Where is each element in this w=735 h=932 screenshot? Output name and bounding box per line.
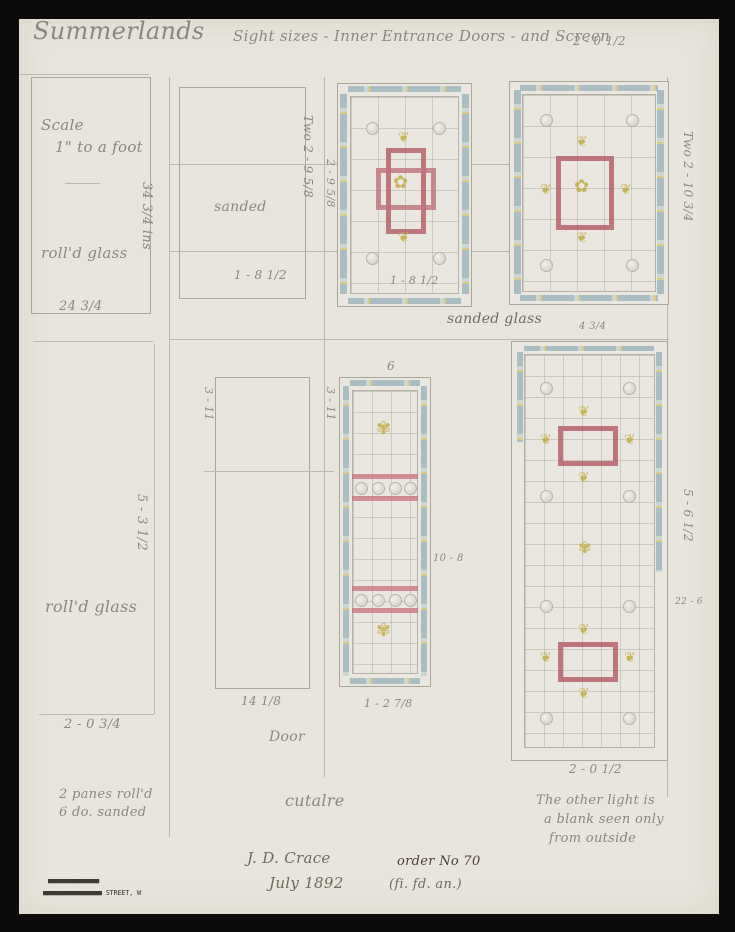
ornament: ❦ — [578, 470, 590, 486]
right-tall-width: 2 - 0 1/2 — [569, 762, 622, 776]
right-border — [657, 90, 664, 294]
ornament: ❦ — [624, 432, 636, 448]
top-border — [520, 85, 658, 91]
door-panel — [215, 377, 310, 689]
signature-mark: cutalre — [285, 791, 345, 810]
jewel — [626, 259, 639, 272]
ornament-center: ✿ — [393, 172, 408, 193]
jewel — [366, 122, 379, 135]
top-sanded-width: 1 - 8 1/2 — [234, 268, 287, 282]
bottom-border — [350, 678, 420, 684]
bottom-left-bottom-rule — [39, 714, 154, 715]
door-height: 3 - 11 — [202, 387, 215, 421]
left-border — [517, 352, 523, 442]
jewel — [366, 252, 379, 265]
ornament-top: ✾ — [376, 418, 391, 439]
top-sanded-label: sanded — [214, 199, 267, 215]
design-sheet: Summerlands Sight sizes - Inner Entrance… — [19, 19, 719, 914]
top-left-box — [31, 77, 151, 314]
jewel — [540, 114, 553, 127]
jewel — [404, 482, 417, 495]
sanded-glass-dim: 4 3/4 — [579, 321, 606, 332]
ornament: ❦ — [578, 622, 590, 638]
guide-v1 — [169, 77, 170, 837]
ornament: ❦ — [540, 432, 552, 448]
jewel — [355, 482, 368, 495]
subtitle: Sight sizes - Inner Entrance Doors - and… — [233, 27, 610, 45]
right-tall-total: 22 - 6 — [675, 597, 703, 607]
jewel — [372, 594, 385, 607]
other-light-note-1: The other light is — [536, 793, 655, 808]
ornament-center: ✿ — [574, 176, 589, 197]
band-bottom-2 — [352, 608, 418, 613]
order-code: (fi. fd. an.) — [389, 877, 462, 892]
ornament-left: ❦ — [540, 182, 552, 198]
other-light-note-2: a blank seen only — [544, 812, 664, 827]
ornament: ❦ — [578, 404, 590, 420]
panes-note-line1: 2 panes roll'd — [59, 787, 153, 802]
top-left-height: 34 3/4 ins — [139, 182, 154, 250]
top-right-width: 2 - 0 1/2 — [573, 34, 626, 48]
ornament-top: ❦ — [576, 134, 588, 150]
left-border — [343, 386, 349, 676]
jewel — [540, 382, 553, 395]
bottom-border — [348, 298, 461, 304]
ornament: ❦ — [624, 650, 636, 666]
top-right-side: Two 2 - 10 3/4 — [681, 131, 695, 222]
jewel — [540, 712, 553, 725]
band-top-1 — [352, 474, 418, 479]
door-label: Door — [269, 729, 305, 745]
right-border — [462, 94, 469, 294]
author-name: J. D. Crace — [247, 849, 331, 867]
top-border — [524, 346, 654, 351]
right-tall-light: ❦ ❦ ❦ ❦ ✾ ❦ ❦ ❦ ❦ — [511, 341, 668, 761]
jewel — [404, 594, 417, 607]
ornament-center: ✾ — [578, 538, 591, 557]
ornament: ❦ — [540, 650, 552, 666]
lower-frame — [558, 642, 618, 682]
center-tall-top-dim: 6 — [387, 359, 395, 373]
top-left-material: roll'd glass — [41, 244, 128, 262]
bottom-left-top-rule — [33, 341, 153, 342]
left-border — [340, 94, 347, 294]
jewel — [623, 490, 636, 503]
jewel — [389, 482, 402, 495]
ornament-bottom: ❦ — [576, 230, 588, 246]
ornament: ❦ — [578, 686, 590, 702]
maker-stamp-line2: ■■■■■■■■■■■■■■■ STREET, W — [43, 889, 141, 897]
order-number: order No 70 — [397, 854, 481, 869]
maker-stamp-line1: ■■■■■■■■■■■■■ — [48, 877, 99, 885]
top-center-height: 2 - 9 5/8 — [324, 159, 337, 208]
bottom-border — [520, 295, 658, 301]
panes-note-line2: 6 do. sanded — [59, 805, 146, 820]
top-sanded-side: Two 2 - 9 5/8 — [301, 115, 315, 198]
jewel — [623, 382, 636, 395]
jewel — [389, 594, 402, 607]
jewel — [623, 712, 636, 725]
title-rule — [19, 74, 149, 75]
jewel — [433, 252, 446, 265]
guide-h1 — [169, 339, 669, 340]
other-light-note-3: from outside — [549, 831, 636, 846]
ornament-top: ❦ — [398, 130, 410, 146]
scale-line1: Scale — [41, 116, 84, 134]
door-transom — [204, 471, 334, 472]
top-left-width: 24 3/4 — [59, 299, 102, 314]
jewel — [540, 259, 553, 272]
jewel — [433, 122, 446, 135]
left-border — [514, 90, 521, 294]
bottom-left-material: roll'd glass — [45, 597, 137, 616]
top-center-light: ✿ ❦ ❦ 1 - 8 1/2 — [337, 83, 472, 307]
door-width: 14 1/8 — [241, 694, 281, 708]
bottom-left-right-rule — [154, 344, 155, 714]
scale-bar — [65, 183, 100, 184]
jewel — [355, 594, 368, 607]
right-border — [421, 386, 427, 676]
center-tall-width: 1 - 2 7/8 — [364, 697, 413, 710]
right-border — [656, 352, 662, 572]
top-border — [348, 86, 461, 92]
jewel — [626, 114, 639, 127]
jewel — [540, 490, 553, 503]
ornament-bottom: ✾ — [376, 620, 391, 641]
title: Summerlands — [33, 17, 205, 45]
top-center-width: 1 - 8 1/2 — [390, 274, 439, 287]
jewel — [540, 600, 553, 613]
right-tall-height: 5 - 6 1/2 — [681, 489, 695, 542]
band-bottom-1 — [352, 586, 418, 591]
center-tall-height: 3 - 11 — [324, 387, 337, 421]
ornament-bottom: ❦ — [398, 230, 410, 246]
center-tall-light: ✾ ✾ — [339, 377, 431, 687]
jewel — [623, 600, 636, 613]
ornament-right: ❦ — [620, 182, 632, 198]
center-tall-inner-dim: 10 - 8 — [433, 553, 464, 564]
sanded-glass-note: sanded glass — [447, 311, 542, 327]
top-border — [350, 380, 420, 386]
bottom-left-height: 5 - 3 1/2 — [134, 494, 149, 551]
author-date: July 1892 — [269, 874, 344, 892]
upper-frame — [558, 426, 618, 466]
scale-line2: 1" to a foot — [55, 138, 143, 156]
bottom-left-width: 2 - 0 3/4 — [64, 717, 121, 732]
top-right-light: ✿ ❦ ❦ ❦ ❦ — [509, 81, 669, 305]
jewel — [372, 482, 385, 495]
band-top-2 — [352, 496, 418, 501]
